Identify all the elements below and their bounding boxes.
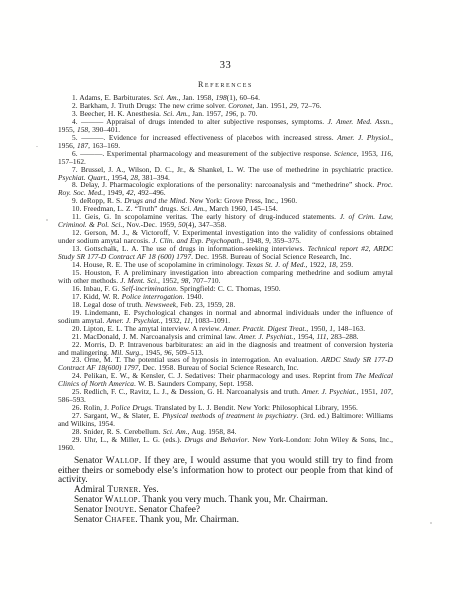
- speaker-name: Wallop: [106, 456, 139, 466]
- reference-item: 23. Orne, M. T. The potential uses of hy…: [58, 356, 393, 372]
- reference-item: 22. Morris, D. P. Intravenous barbiturat…: [58, 341, 393, 357]
- speaker-name: Wallop: [105, 495, 138, 505]
- page-number: 33: [58, 60, 393, 71]
- reference-item: 4. ——— Appraisal of drugs intended to al…: [58, 118, 393, 134]
- scan-speck: [430, 522, 432, 524]
- reference-item: 24. Pelikan, E. W., & Kensler, C. J. Sed…: [58, 372, 393, 388]
- speaker-name: Turner: [107, 485, 138, 495]
- document-page: 33 References 1. Adams, E. Barbiturates.…: [0, 0, 463, 599]
- reference-item: 27. Sargant, W., & Slater, E. Physical m…: [58, 412, 393, 428]
- reference-item: 25. Redlich, F. C., Ravitz, L. J., & Des…: [58, 388, 393, 404]
- dialogue-block: Senator Wallop. If they are, I would ass…: [58, 457, 393, 526]
- reference-item: 15. Houston, F. A preliminary investigat…: [58, 269, 393, 285]
- reference-item: 7. Brussel, J. A., Wilson, D. C., Jr., &…: [58, 166, 393, 182]
- speaker-name: Chafee: [105, 515, 136, 525]
- dialogue-line: Senator Wallop. If they are, I would ass…: [58, 457, 393, 486]
- speaker-name: Inouye: [105, 505, 134, 515]
- reference-item: 19. Lindemann, E. Psychological changes …: [58, 309, 393, 325]
- reference-item: 12. Gerson, M. J., & Victoroff, V. Exper…: [58, 229, 393, 245]
- reference-item: 5. ———. Evidence for increased effective…: [58, 134, 393, 150]
- dialogue-line: Senator Chafee. Thank you, Mr. Chairman.: [58, 516, 393, 526]
- reference-item: 13. Gottschalk, L. A. The use of drugs i…: [58, 245, 393, 261]
- scan-speck: [46, 219, 48, 221]
- reference-item: 8. Delay, J. Pharmacologic explorations …: [58, 181, 393, 197]
- reference-item: 6. ———. Experimental pharmacology and me…: [58, 150, 393, 166]
- references-list: 1. Adams, E. Barbiturates. Sci. Am., Jan…: [58, 94, 393, 452]
- reference-item: 29. Uhr, L., & Miller, L. G. (eds.). Dru…: [58, 436, 393, 452]
- reference-item: 11. Geis, G. In scopolamine veritas. The…: [58, 213, 393, 229]
- page-content: 33 References 1. Adams, E. Barbiturates.…: [58, 0, 393, 525]
- references-heading: References: [58, 80, 393, 89]
- scan-speck: [36, 146, 38, 147]
